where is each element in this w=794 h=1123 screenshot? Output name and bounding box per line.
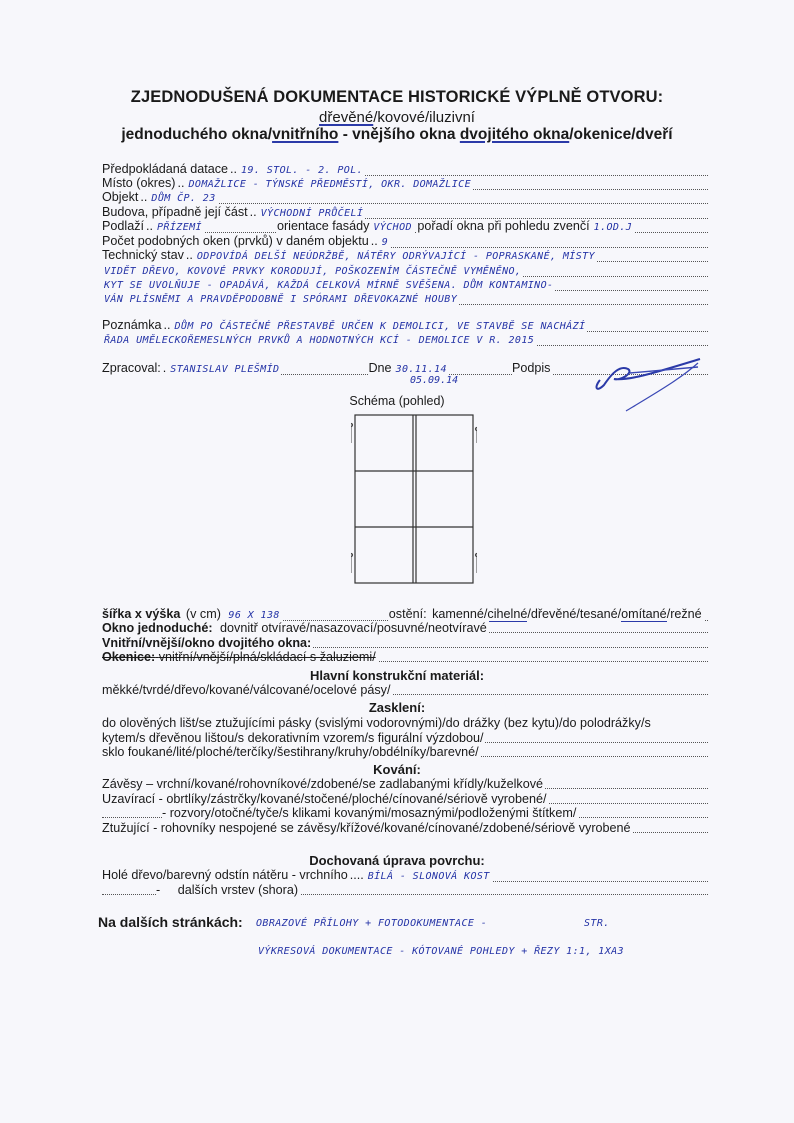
- field-value[interactable]: Domažlice - Týnské předměstí, okr. Domaž…: [186, 179, 473, 190]
- material-options: měkké/tvrdé/dřevo/kované/válcované/ocelo…: [102, 683, 392, 697]
- option[interactable]: tvrdé: [143, 683, 171, 697]
- field-value[interactable]: ván plísněmi a pravděpodobně i spórami d…: [102, 294, 459, 305]
- option[interactable]: režné: [670, 607, 702, 621]
- field-rozvory: - rozvory/otočné/tyče/s klikami kovanými…: [102, 806, 708, 820]
- field-value[interactable]: řada uměleckořemeslných prvků a hodnotný…: [102, 335, 536, 346]
- option[interactable]: dřevěné: [531, 607, 577, 621]
- field-povrch-dalsi: - dalších vrstev (shora): [102, 883, 708, 897]
- field-value[interactable]: Přízemí: [155, 222, 204, 233]
- selected-option[interactable]: cihelné: [487, 607, 527, 622]
- selected-option[interactable]: kamenné: [432, 607, 484, 622]
- field-value[interactable]: Východní průčelí: [259, 208, 366, 219]
- selected-option[interactable]: obrtlíky: [166, 792, 207, 806]
- field-technicky-stav-cont: ván plísněmi a pravděpodobně i spórami d…: [102, 291, 708, 307]
- selected-option[interactable]: kytem: [102, 731, 136, 745]
- field-zaskleni-line3: sklo foukané/lité/ploché/terčíky/šestihr…: [102, 745, 708, 759]
- field-material: měkké/tvrdé/dřevo/kované/válcované/ocelo…: [102, 683, 708, 697]
- field-poznamka-cont: řada uměleckořemeslných prvků a hodnotný…: [102, 332, 708, 348]
- selected-option[interactable]: Vnitřní: [102, 636, 142, 650]
- field-zavesy: Závěsy – vrchní/kované/rohovníkové/zdobe…: [102, 777, 708, 791]
- field-value[interactable]: Bílá - slonová kost: [366, 871, 492, 882]
- window-schema-drawing: [351, 413, 477, 587]
- material-type-line: dřevěné/kovové/iluzivní: [0, 109, 794, 126]
- field-value[interactable]: Dům po částečné přestavbě určen k demoli…: [173, 321, 588, 332]
- field-okenice: Okenice: vnitřní/vnější/plná/skládací s …: [102, 650, 708, 664]
- selected-option[interactable]: sériově vyrobené: [447, 792, 543, 806]
- selected-option: vnitřního: [272, 126, 338, 143]
- document-page: ZJEDNODUŠENÁ DOKUMENTACE HISTORICKÉ VÝPL…: [0, 0, 794, 1123]
- selected-option[interactable]: sériově vyrobené: [535, 821, 631, 835]
- option[interactable]: válcované: [253, 683, 310, 697]
- selected-option[interactable]: okno dvojitého okna:: [185, 636, 312, 650]
- field-value[interactable]: 19. stol. - 2. pol.: [239, 165, 365, 176]
- field-value[interactable]: vidět dřevo, kovové prvky korodují, pošk…: [102, 266, 523, 277]
- field-podlazi: Podlaží..Přízemí orientace fasádyVýchod …: [102, 219, 708, 235]
- selected-option: dvojitého okna: [460, 126, 569, 143]
- field-zaskleni-line2: kytem/s dřevěnou lištou/s dekorativním v…: [102, 731, 708, 745]
- next-pages-line1: Obrazové přílohy + fotodokumentace -: [254, 918, 489, 929]
- next-pages-line2: Výkresová dokumentace - kótované pohledy…: [256, 946, 626, 957]
- field-povrch-vrchni: Holé dřevo/barevný odstín nátěru - vrchn…: [102, 868, 708, 884]
- field-objekt: Objekt..Dům čp. 23: [102, 190, 708, 206]
- selected-option[interactable]: do polodrážky/s: [563, 716, 651, 730]
- option[interactable]: ocelové pásy: [313, 683, 387, 697]
- field-technicky-stav: Technický stav..odpovídá delší neúdržbě,…: [102, 248, 708, 264]
- field-uzaviraci: Uzavírací - obrtlíky/zástrčky/kované/sto…: [102, 792, 708, 806]
- next-pages-label: Na dalších stránkách:: [98, 914, 243, 930]
- field-value[interactable]: 30.11.14: [394, 364, 449, 375]
- field-value[interactable]: 1.OD.J: [592, 222, 635, 233]
- field-value[interactable]: 96 x 138: [226, 610, 281, 621]
- osteni-options: kamenné/cihelné/dřevěné/tesané/omítané/r…: [432, 607, 704, 621]
- field-okno-dvojite: Vnitřní/vnější/okno dvojitého okna:: [102, 636, 708, 650]
- hinge-icon: [351, 423, 477, 573]
- field-value[interactable]: 9: [380, 237, 390, 248]
- section-heading-zaskleni: Zasklení:: [0, 700, 794, 715]
- field-okno-jednoduche: Okno jednoduché: dovnitř otvíravé/nasazo…: [102, 621, 708, 635]
- section-heading-povrch: Dochovaná úprava povrchu:: [0, 853, 794, 868]
- selected-option[interactable]: rohovníky nespojené se závěsy: [161, 821, 337, 835]
- selected-option[interactable]: dřevo: [174, 683, 206, 697]
- selected-option[interactable]: kuželkové: [487, 777, 543, 791]
- section-heading-material: Hlavní konstrukční materiál:: [0, 668, 794, 683]
- next-pages-str: str.: [582, 918, 612, 929]
- field-value[interactable]: Východ: [371, 222, 414, 233]
- schema-label: Schéma (pohled): [0, 394, 794, 408]
- window-type-line: jednoduchého okna/vnitřního - vnějšího o…: [0, 126, 794, 144]
- field-value[interactable]: Stanislav Plešmíd: [168, 364, 281, 375]
- section-heading-kovani: Kování:: [0, 762, 794, 777]
- document-title: ZJEDNODUŠENÁ DOKUMENTACE HISTORICKÉ VÝPL…: [0, 88, 794, 107]
- option[interactable]: kované: [209, 683, 250, 697]
- field-value[interactable]: Dům čp. 23: [149, 193, 217, 204]
- field-ztuzujici: Ztužující - rohovníky nespojené se závěs…: [102, 821, 708, 835]
- field-value[interactable]: odpovídá delší neúdržbě, nátěry odrývají…: [195, 251, 597, 262]
- date-secondary: 05.09.14: [410, 375, 458, 386]
- selected-option[interactable]: ploché: [196, 745, 233, 759]
- field-zaskleni-line1: do olověných lišt/se ztužujícími pásky (…: [102, 716, 708, 730]
- selected-option[interactable]: omítané: [621, 607, 667, 622]
- selected-option: dřevěné: [319, 109, 373, 126]
- field-value[interactable]: kyt se uvolňuje - opadává, každá celková…: [102, 280, 555, 291]
- option[interactable]: tesané: [580, 607, 618, 621]
- selected-option[interactable]: měkké: [102, 683, 139, 697]
